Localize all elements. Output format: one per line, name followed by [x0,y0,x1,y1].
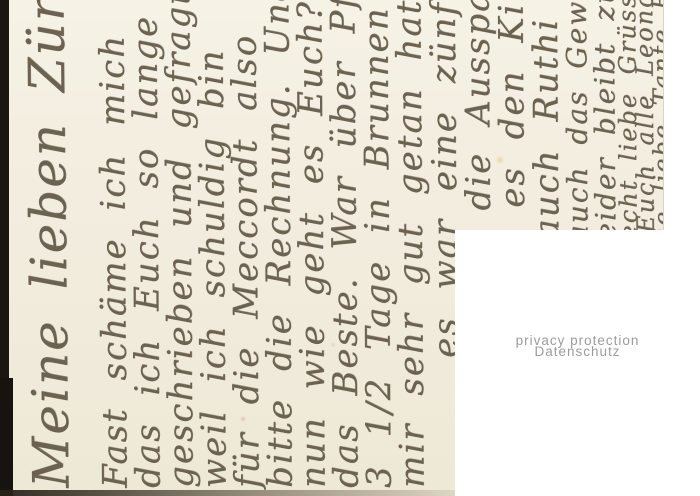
privacy-watermark-line2: Datenschutz [455,347,700,358]
privacy-watermark-box: privacy protection Datenschutz [455,230,700,496]
handwriting-line: die liebe Tante Brigi [653,0,664,253]
privacy-watermark-text: privacy protection Datenschutz [455,336,700,357]
postcard-scan-page: Meine lieben Zürcher Fast schäme ich mic… [0,0,700,496]
scan-edge-bottom [0,490,456,496]
scan-edge-left-lower [0,378,13,496]
salutation-line: Meine lieben Zürcher [3,0,94,488]
